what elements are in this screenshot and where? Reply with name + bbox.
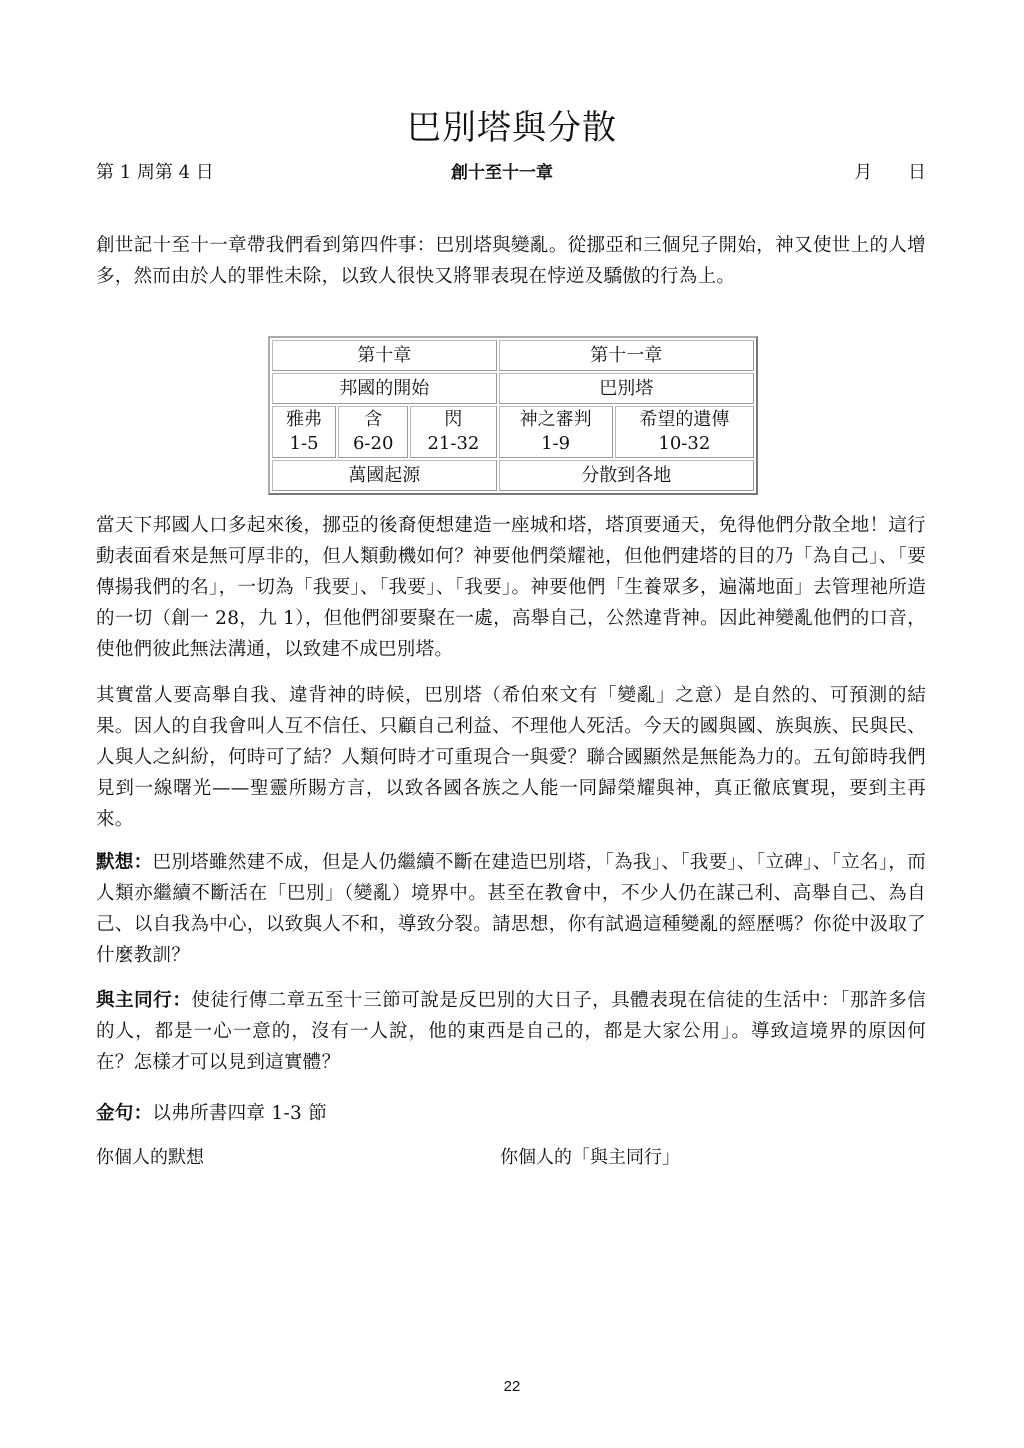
body-paragraph-1: 當天下邦國人口多起來後，挪亞的後裔便想建造一座城和塔，塔頂要通天，免得他們分散全… bbox=[96, 510, 926, 665]
date-fields: 月 日 bbox=[854, 158, 926, 184]
section-verses: 1-5 bbox=[277, 432, 331, 456]
personal-meditation-label: 你個人的默想 bbox=[96, 1143, 204, 1169]
page-title: 巴別塔與分散 bbox=[0, 100, 1024, 149]
section-name: 希望的遺傳 bbox=[620, 408, 749, 432]
chapter-10-theme: 邦國的開始 bbox=[272, 373, 497, 404]
page-number: 22 bbox=[0, 1378, 1024, 1395]
chapter-10-header: 第十章 bbox=[272, 340, 497, 371]
walk-with-lord-label: 與主同行： bbox=[96, 990, 191, 1011]
section-judgment: 神之審判1-9 bbox=[499, 406, 613, 458]
section-name: 閃 bbox=[415, 408, 491, 432]
section-japheth: 雅弗1-5 bbox=[272, 406, 336, 458]
golden-verse-label: 金句： bbox=[96, 1103, 152, 1124]
week-day-label: 第 1 周第 4 日 bbox=[96, 158, 214, 184]
walk-with-lord-text: 使徒行傳二章五至十三節可說是反巴別的大日子，具體表現在信徒的生活中：「那許多信的… bbox=[96, 990, 926, 1073]
section-hope: 希望的遺傳10-32 bbox=[615, 406, 754, 458]
meditation-text: 巴別塔雖然建不成，但是人仍繼續不斷在建造巴別塔，「為我」、「我要」、「立碑」、「… bbox=[96, 852, 926, 966]
chapter-11-theme: 巴別塔 bbox=[499, 373, 754, 404]
meditation-section: 默想：巴別塔雖然建不成，但是人仍繼續不斷在建造巴別塔，「為我」、「我要」、「立碑… bbox=[96, 847, 926, 971]
body-paragraph-2: 其實當人要高舉自我、違背神的時候，巴別塔（希伯來文有「變亂」之意）是自然的、可預… bbox=[96, 680, 926, 835]
walk-with-lord-section: 與主同行：使徒行傳二章五至十三節可說是反巴別的大日子，具體表現在信徒的生活中：「… bbox=[96, 985, 926, 1078]
chapter-10-summary: 萬國起源 bbox=[272, 460, 497, 491]
section-verses: 21-32 bbox=[415, 432, 491, 456]
chapter-11-header: 第十一章 bbox=[499, 340, 754, 371]
intro-paragraph: 創世記十至十一章帶我們看到第四件事：巴別塔與變亂。從挪亞和三個兒子開始，神又使世… bbox=[96, 230, 926, 292]
reading-range: 創十至十一章 bbox=[451, 158, 553, 183]
section-ham: 含6-20 bbox=[338, 406, 408, 458]
section-verses: 6-20 bbox=[343, 432, 403, 456]
golden-verse-section: 金句：以弗所書四章 1-3 節 bbox=[96, 1098, 926, 1129]
chapter-11-summary: 分散到各地 bbox=[499, 460, 754, 491]
section-verses: 10-32 bbox=[620, 432, 749, 456]
chapter-outline-table: 第十章 第十一章 邦國的開始 巴別塔 雅弗1-5 含6-20 閃21-32 神之… bbox=[268, 336, 758, 495]
section-verses: 1-9 bbox=[504, 432, 608, 456]
golden-verse-text: 以弗所書四章 1-3 節 bbox=[152, 1103, 327, 1124]
section-name: 含 bbox=[343, 408, 403, 432]
personal-walk-label: 你個人的「與主同行」 bbox=[500, 1143, 680, 1169]
meta-row: 第 1 周第 4 日 創十至十一章 月 日 bbox=[96, 158, 926, 188]
section-name: 神之審判 bbox=[504, 408, 608, 432]
section-shem: 閃21-32 bbox=[410, 406, 496, 458]
meditation-label: 默想： bbox=[96, 852, 153, 873]
section-name: 雅弗 bbox=[277, 408, 331, 432]
